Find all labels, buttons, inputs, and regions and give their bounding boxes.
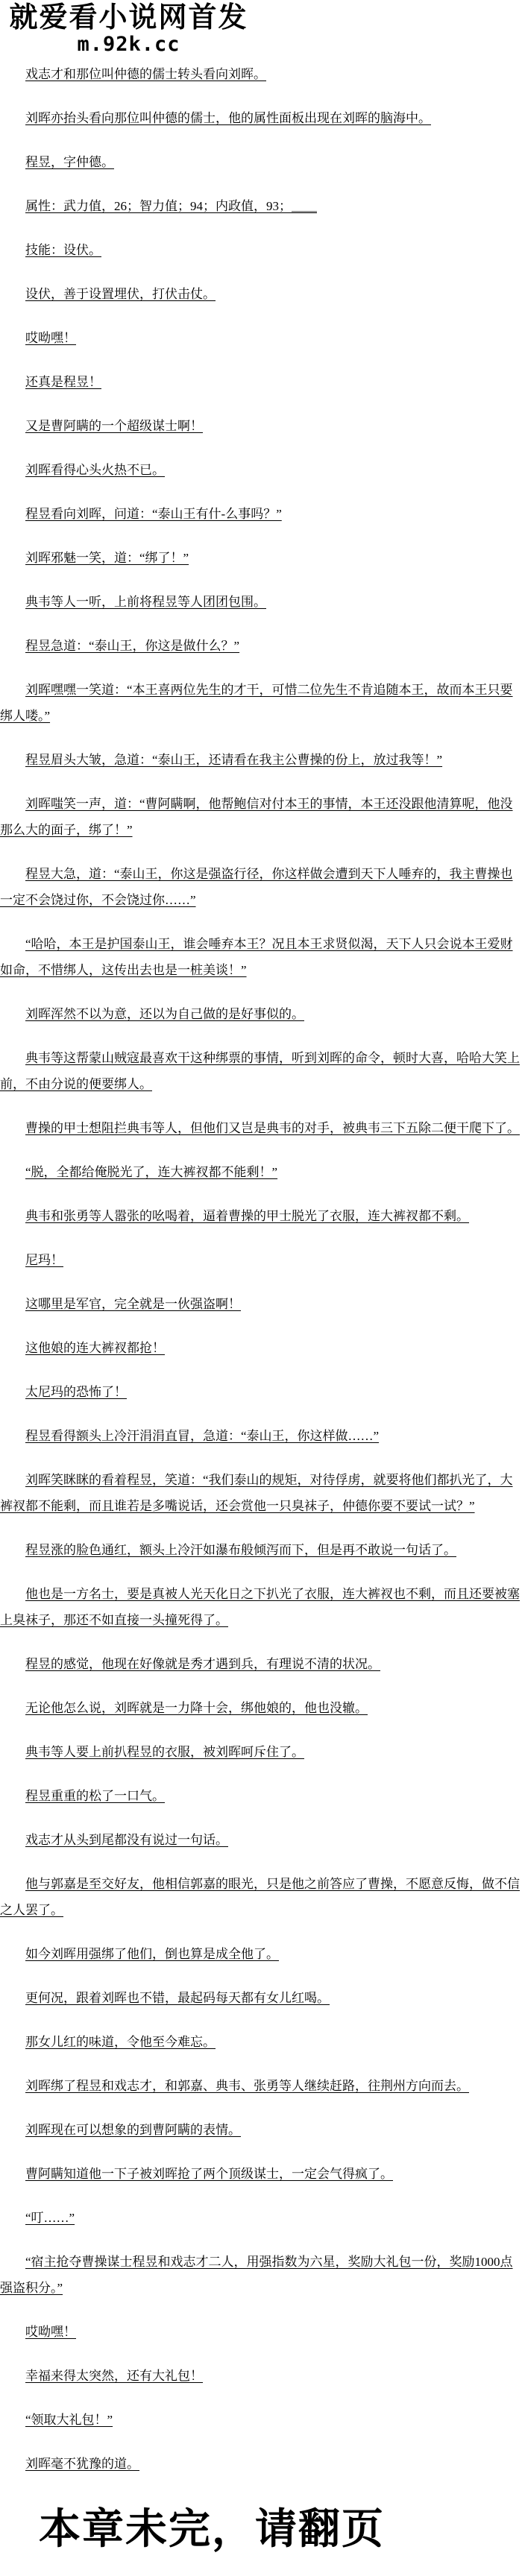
novel-paragraph: 设伏，善于设置埋伏，打伏击仗。	[0, 281, 522, 307]
novel-paragraph: 尼玛！	[0, 1247, 522, 1273]
novel-paragraph: 哎呦嘿！	[0, 2319, 522, 2345]
novel-paragraph: 刘晖亦抬头看向那位叫仲德的儒士，他的属性面板出现在刘晖的脑海中。	[0, 105, 522, 131]
novel-paragraph: 更何况，跟着刘晖也不错，最起码每天都有女儿红喝。	[0, 1985, 522, 2011]
novel-paragraph: “脱，全都给俺脱光了，连大裤衩都不能剩！”	[0, 1159, 522, 1185]
novel-paragraph: 如今刘晖用强绑了他们，倒也算是成全他了。	[0, 1941, 522, 1967]
novel-paragraph: “宿主抢夺曹操谋士程昱和戏志才二人，用强指数为六星，奖励大礼包一份，奖励1000…	[0, 2249, 522, 2301]
novel-paragraph: 刘晖邪魅一笑，道：“绑了！”	[0, 545, 522, 571]
site-header: 就爱看小说网首发 m.92k.cc	[0, 0, 257, 55]
novel-paragraph: 刘晖嘿嘿一笑道：“本王喜两位先生的才干，可惜二位先生不肯追随本王，故而本王只要绑…	[0, 677, 522, 729]
novel-paragraph: 程昱大急，道：“泰山王，你这是强盗行径，你这样做会遭到天下人唾弃的，我主曹操也一…	[0, 861, 522, 913]
novel-paragraph: 典韦等人一听，上前将程昱等人团团包围。	[0, 589, 522, 615]
novel-paragraph: 典韦等这帮蒙山贼寇最喜欢干这种绑票的事情，听到刘晖的命令，顿时大喜，哈哈大笑上前…	[0, 1045, 522, 1097]
novel-paragraph: 曹阿瞒知道他一下子被刘晖抢了两个顶级谋士，一定会气得疯了。	[0, 2161, 522, 2187]
novel-paragraph: 刘晖笑眯眯的看着程昱，笑道：“我们泰山的规矩，对待俘虏，就要将他们都扒光了，大裤…	[0, 1467, 522, 1519]
novel-paragraph: 程昱的感觉，他现在好像就是秀才遇到兵，有理说不清的状况。	[0, 1651, 522, 1677]
novel-paragraph: 戏志才和那位叫仲德的儒士转头看向刘晖。	[0, 61, 522, 87]
novel-paragraph: 还真是程昱！	[0, 369, 522, 395]
novel-paragraph: 刘晖看得心头火热不已。	[0, 457, 522, 483]
novel-paragraph: “领取大礼包！”	[0, 2407, 522, 2433]
novel-paragraph: 幸福来得太突然，还有大礼包！	[0, 2363, 522, 2389]
novel-paragraph: 程昱涨的脸色通红，额头上冷汗如瀑布般倾泻而下，但是再不敢说一句话了。	[0, 1537, 522, 1563]
novel-paragraph: 无论他怎么说，刘晖就是一力降十会，绑他娘的，他也没辙。	[0, 1695, 522, 1721]
novel-paragraph: 程昱急道：“泰山王，你这是做什么？”	[0, 633, 522, 659]
novel-paragraph: 刘晖嗤笑一声，道：“曹阿瞒啊，他帮鲍信对付本王的事情，本王还没跟他清算呢，他没那…	[0, 791, 522, 843]
novel-paragraph: 刘晖浑然不以为意，还以为自己做的是好事似的。	[0, 1001, 522, 1027]
novel-paragraph: 刘晖现在可以想象的到曹阿瞒的表情。	[0, 2117, 522, 2143]
novel-paragraph: “哈哈，本王是护国泰山王，谁会唾弃本王？况且本王求贤似渴，天下人只会说本王爱财如…	[0, 931, 522, 983]
novel-paragraph: 哎呦嘿！	[0, 325, 522, 351]
novel-paragraph: 那女儿红的味道，令他至今难忘。	[0, 2029, 522, 2055]
novel-paragraph: 太尼玛的恐怖了！	[0, 1379, 522, 1405]
novel-paragraph: 曹操的甲士想阻拦典韦等人，但他们又岂是典韦的对手，被典韦三下五除二便干爬下了。	[0, 1115, 522, 1141]
novel-paragraph: 属性：武力值，26；智力值；94；内政值，93；＿＿	[0, 193, 522, 219]
novel-paragraph: 技能：设伏。	[0, 237, 522, 263]
novel-paragraph: 典韦和张勇等人嚣张的吆喝着，逼着曹操的甲士脱光了衣服，连大裤衩都不剩。	[0, 1203, 522, 1229]
chapter-content: 戏志才和那位叫仲德的儒士转头看向刘晖。刘晖亦抬头看向那位叫仲德的儒士，他的属性面…	[0, 61, 522, 2477]
novel-paragraph: 刘晖绑了程昱和戏志才，和郭嘉、典韦、张勇等人继续赶路，往荆州方向而去。	[0, 2073, 522, 2099]
novel-paragraph: 典韦等人要上前扒程昱的衣服，被刘晖呵斥住了。	[0, 1739, 522, 1765]
novel-paragraph: 他也是一方名士，要是真被人光天化日之下扒光了衣服，连大裤衩也不剩，而且还要被塞上…	[0, 1581, 522, 1633]
novel-paragraph: 程昱看得额头上冷汗涓涓直冒，急道：“泰山王，你这样做……”	[0, 1423, 522, 1449]
novel-paragraph: 戏志才从头到尾都没有说过一句话。	[0, 1827, 522, 1853]
novel-paragraph: 程昱看向刘晖，问道：“泰山王有什-么事吗？”	[0, 501, 522, 527]
novel-paragraph: 又是曹阿瞒的一个超级谋士啊！	[0, 413, 522, 439]
novel-paragraph: “叮……”	[0, 2205, 522, 2231]
novel-paragraph: 这哪里是军官，完全就是一伙强盗啊！	[0, 1291, 522, 1317]
novel-paragraph: 这他娘的连大裤衩都抢！	[0, 1335, 522, 1361]
novel-reader-page: { "header": { "site_name": "就爱看小说网首发", "…	[0, 0, 522, 2576]
novel-paragraph: 他与郭嘉是至交好友，他相信郭嘉的眼光，只是他之前答应了曹操，不愿意反悔，做不信之…	[0, 1871, 522, 1923]
page-turn-notice: 本章未完，请翻页	[39, 2496, 522, 2556]
novel-paragraph: 程昱重重的松了一口气。	[0, 1783, 522, 1809]
novel-paragraph: 刘晖毫不犹豫的道。	[0, 2451, 522, 2477]
site-name: 就爱看小说网首发	[0, 1, 257, 34]
novel-paragraph: 程昱眉头大皱，急道：“泰山王，还请看在我主公曹操的份上，放过我等！”	[0, 747, 522, 773]
site-url: m.92k.cc	[0, 34, 257, 55]
novel-paragraph: 程昱，字仲德。	[0, 149, 522, 175]
